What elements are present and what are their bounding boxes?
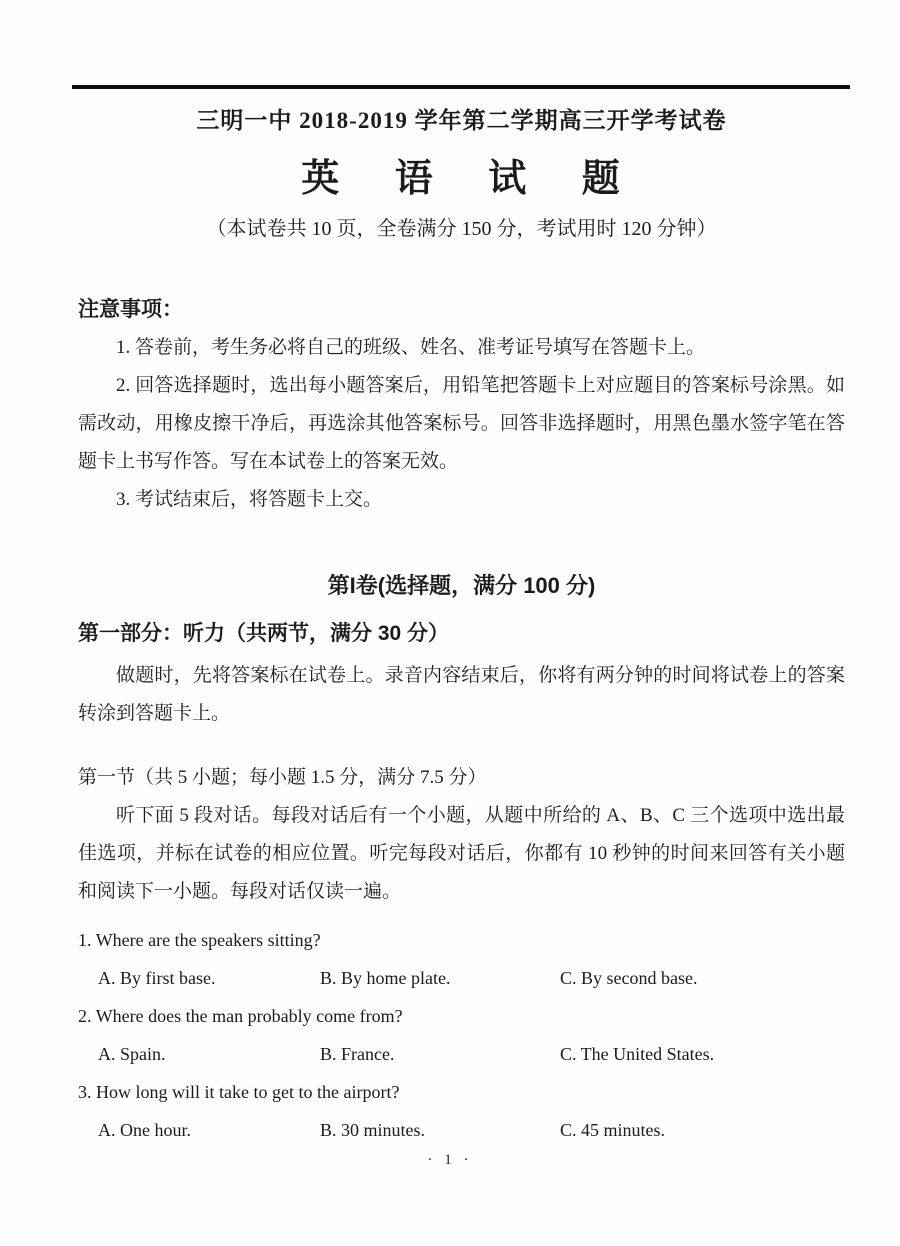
question-3-text: 3. How long will it take to get to the a… — [78, 1073, 845, 1111]
part-1-heading: 第一部分：听力（共两节，满分 30 分） — [78, 617, 845, 651]
question-2-option-c: C. The United States. — [560, 1035, 714, 1073]
school-title: 三明一中 2018-2019 学年第二学期高三开学考试卷 — [78, 0, 845, 135]
question-1-text: 1. Where are the speakers sitting? — [78, 921, 845, 959]
notice-item-3: 3. 考试结束后，将答题卡上交。 — [78, 481, 845, 519]
question-3-stem: How long will it take to get to the airp… — [96, 1082, 399, 1102]
question-3-option-a: A. One hour. — [98, 1111, 320, 1149]
volume-1-title: 第I卷(选择题，满分 100 分) — [78, 571, 845, 601]
question-1-option-c: C. By second base. — [560, 959, 697, 997]
question-2-option-b: B. France. — [320, 1035, 560, 1073]
question-2-option-a: A. Spain. — [98, 1035, 320, 1073]
paper-subtitle: （本试卷共 10 页，全卷满分 150 分，考试用时 120 分钟） — [78, 212, 845, 241]
question-3-option-c: C. 45 minutes. — [560, 1111, 665, 1149]
question-3: 3. How long will it take to get to the a… — [78, 1073, 845, 1149]
notice-title: 注意事项： — [78, 291, 845, 329]
paper-title: 英 语 试 题 — [78, 147, 845, 202]
question-2-options: A. Spain.B. France.C. The United States. — [78, 1035, 845, 1073]
question-1-stem: Where are the speakers sitting? — [96, 930, 321, 950]
section-1-heading: 第一节（共 5 小题；每小题 1.5 分，满分 7.5 分） — [78, 759, 845, 797]
header-rule — [72, 85, 850, 89]
question-3-option-b: B. 30 minutes. — [320, 1111, 560, 1149]
question-2: 2. Where does the man probably come from… — [78, 997, 845, 1073]
section-1-instructions: 听下面 5 段对话。每段对话后有一个小题，从题中所给的 A、B、C 三个选项中选… — [78, 797, 845, 911]
question-1-option-a: A. By first base. — [98, 959, 320, 997]
question-3-options: A. One hour.B. 30 minutes.C. 45 minutes. — [78, 1111, 845, 1149]
question-1-options: A. By first base.B. By home plate.C. By … — [78, 959, 845, 997]
page-number: · 1 · — [0, 1152, 900, 1169]
questions-list: 1. Where are the speakers sitting? A. By… — [78, 921, 845, 1149]
question-1-option-b: B. By home plate. — [320, 959, 560, 997]
notice-section: 注意事项： 1. 答卷前，考生务必将自己的班级、姓名、准考证号填写在答题卡上。 … — [78, 291, 845, 519]
question-1-number: 1. — [78, 930, 92, 950]
question-1: 1. Where are the speakers sitting? A. By… — [78, 921, 845, 997]
notice-item-1: 1. 答卷前，考生务必将自己的班级、姓名、准考证号填写在答题卡上。 — [78, 329, 845, 367]
question-2-number: 2. — [78, 1006, 92, 1026]
question-3-number: 3. — [78, 1082, 92, 1102]
question-2-text: 2. Where does the man probably come from… — [78, 997, 845, 1035]
question-2-stem: Where does the man probably come from? — [96, 1006, 403, 1026]
notice-item-2: 2. 回答选择题时，选出每小题答案后，用铅笔把答题卡上对应题目的答案标号涂黑。如… — [78, 367, 845, 481]
exam-paper-page: 三明一中 2018-2019 学年第二学期高三开学考试卷 英 语 试 题 （本试… — [0, 0, 900, 1246]
part-1-instructions: 做题时，先将答案标在试卷上。录音内容结束后，你将有两分钟的时间将试卷上的答案转涂… — [78, 657, 845, 733]
